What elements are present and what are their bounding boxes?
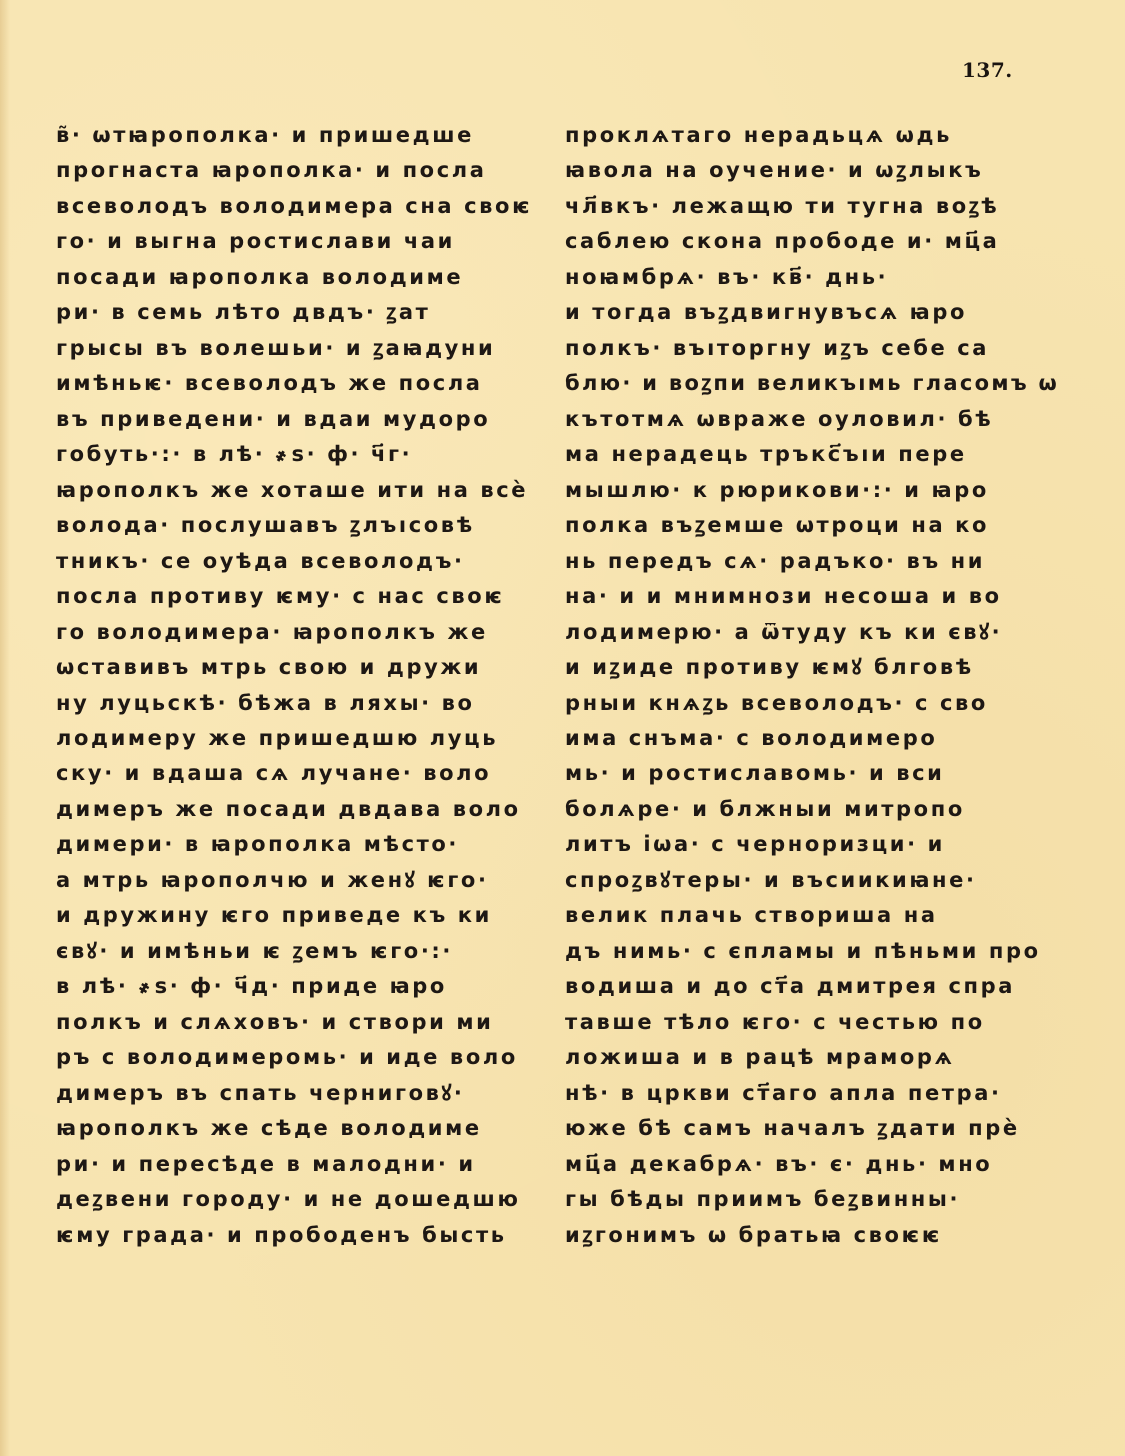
text-line: тникъ· се оуѣда всеволодъ·: [56, 544, 536, 579]
text-line: полкъ· въıторгну иꙁъ себе са: [565, 331, 1065, 366]
text-line: грысы въ волешьи· и ꙁаꙗдуни: [56, 331, 536, 366]
text-line: рныи кнѧꙁь всеволодъ· с сво: [565, 686, 1065, 721]
text-line: ма нерадець тръкс҃ъıи пере: [565, 437, 1065, 472]
right-column: проклѧтаго нерадьцѧ ѡдьꙗвола на оучение·…: [565, 118, 1065, 1253]
text-line: дъ нимь· с єпламы и пѣньми про: [565, 934, 1065, 969]
text-line: го володимера· ꙗрополкъ же: [56, 615, 536, 650]
text-line: спроꙁвꙋтеры· и въсиикиꙗне·: [565, 863, 1065, 898]
text-line: тавше тѣло ѥго· с честью по: [565, 1005, 1065, 1040]
text-line: имѣньѥ· всеволодъ же посла: [56, 366, 536, 401]
text-line: прогнаста ꙗрополка· и посла: [56, 153, 536, 188]
text-line: юже бѣ самъ началъ ꙁдати прѐ: [565, 1111, 1065, 1146]
text-line: гы бѣды приимъ беꙁвинны·: [565, 1182, 1065, 1217]
text-line: Ꙗрополкъ же хоташе ити на всѐ: [56, 473, 536, 508]
text-line: и дружину ѥго приведе къ ки: [56, 898, 536, 933]
text-line: ри· в семь лѣто двдъ· ꙁат: [56, 295, 536, 330]
text-line: ноꙗмбрѧ· въ· кв҃· днь·: [565, 260, 1065, 295]
text-line: ꙗвола на оучение· и ѡꙁлыкъ: [565, 153, 1065, 188]
text-line: саблею скона прободе и· мц҃а: [565, 224, 1065, 259]
text-line: ѡставивъ мтрь свою и дружи: [56, 650, 536, 685]
text-line: нѣ· в цркви ст҃аго апла петра·: [565, 1076, 1065, 1111]
text-line: деꙁвени городу· и не дошедшю: [56, 1182, 536, 1217]
page-edge-shadow: [0, 0, 10, 1456]
text-line: гобуть·:· в лѣ· ҂ѕ· ф· ч҃г·: [56, 437, 536, 472]
text-line: полка въꙁемше ѡтроци на ко: [565, 508, 1065, 543]
text-line: ну луцьскѣ· бѣжа в ляхы· во: [56, 686, 536, 721]
text-line: кътотмѧ ѡвраже оуловил· бѣ: [565, 402, 1065, 437]
text-line: всеволодъ володимера сна своѥ: [56, 189, 536, 224]
text-line: ложиша и в рацѣ мраморѧ: [565, 1040, 1065, 1075]
text-line: а мтрь ꙗрополчю и женꙋ ѥго·: [56, 863, 536, 898]
text-line: мь· и ростиславомь· и вси: [565, 756, 1065, 791]
text-line: иꙁгонимъ ѡ братьꙗ своѥѥ: [565, 1218, 1065, 1253]
text-line: лодимерю· а ѿтуду къ ки євꙋ·: [565, 615, 1065, 650]
text-line: и иꙁиде противу ѥмꙋ блговѣ: [565, 650, 1065, 685]
text-line: велик плачь створиша на: [565, 898, 1065, 933]
text-line: волода· послушавъ ꙁлъıсовѣ: [56, 508, 536, 543]
text-line: ску· и вдаша сѧ лучане· воло: [56, 756, 536, 791]
text-line: има снъма· с володимеро: [565, 721, 1065, 756]
text-line: димери· в ꙗрополка мѣсто·: [56, 827, 536, 862]
text-line: посади ꙗрополка володиме: [56, 260, 536, 295]
text-line: литъ іѡа· с черноризци· и: [565, 827, 1065, 862]
text-line: ꙗрополкъ же сѣде володиме: [56, 1111, 536, 1146]
text-line: ри· и пересѣде в малодни· и: [56, 1147, 536, 1182]
text-line: на· и и мнимнози несоша и во: [565, 579, 1065, 614]
text-line: євꙋ· и имѣньи ѥ ꙁемъ ѥго·:·: [56, 934, 536, 969]
text-line: посла противу ѥму· с нас своѥ: [56, 579, 536, 614]
text-line: в̃· ѡтꙗрополка· И пришедше: [56, 118, 536, 153]
text-line: нь передъ сѧ· радъко· въ ни: [565, 544, 1065, 579]
text-line: чл҃вкъ· лежащю ти тугна воꙁѣ: [565, 189, 1065, 224]
text-line: водиша и до ст҃а дмитрея спра: [565, 969, 1065, 1004]
text-line: ѥму града· и прободенъ бысть: [56, 1218, 536, 1253]
text-line: въ приведени· и вдаи мудоро: [56, 402, 536, 437]
text-line: лодимеру же пришедшю луць: [56, 721, 536, 756]
text-line: ръ с володимеромь· и иде воло: [56, 1040, 536, 1075]
text-line: блю· и воꙁпи великъıмь гласомъ ѡ: [565, 366, 1065, 401]
text-line: проклѧтаго нерадьцѧ ѡдь: [565, 118, 1065, 153]
text-line: мц҃а декабрѧ· въ· є· днь· мно: [565, 1147, 1065, 1182]
text-line: в лѣ· ҂ѕ· ф· ч҃д· Приде ꙗро: [56, 969, 536, 1004]
text-line: болѧре· и блжныи митропо: [565, 792, 1065, 827]
text-line: мышлю· к рюрикови·:· и ꙗро: [565, 473, 1065, 508]
text-line: И тогда въꙁдвигнувъсѧ ꙗро: [565, 295, 1065, 330]
text-line: полкъ и слѧховъ· и створи ми: [56, 1005, 536, 1040]
left-column: в̃· ѡтꙗрополка· И пришедшепрогнаста ꙗроп…: [56, 118, 536, 1253]
manuscript-page: 137. в̃· ѡтꙗрополка· И пришедшепрогнаста…: [0, 0, 1125, 1456]
text-line: го· и выгна ростислави чаи: [56, 224, 536, 259]
page-number: 137.: [962, 58, 1013, 82]
text-line: димеръ въ спать черниговꙋ·: [56, 1076, 536, 1111]
text-line: димеръ же посади двдава воло: [56, 792, 536, 827]
